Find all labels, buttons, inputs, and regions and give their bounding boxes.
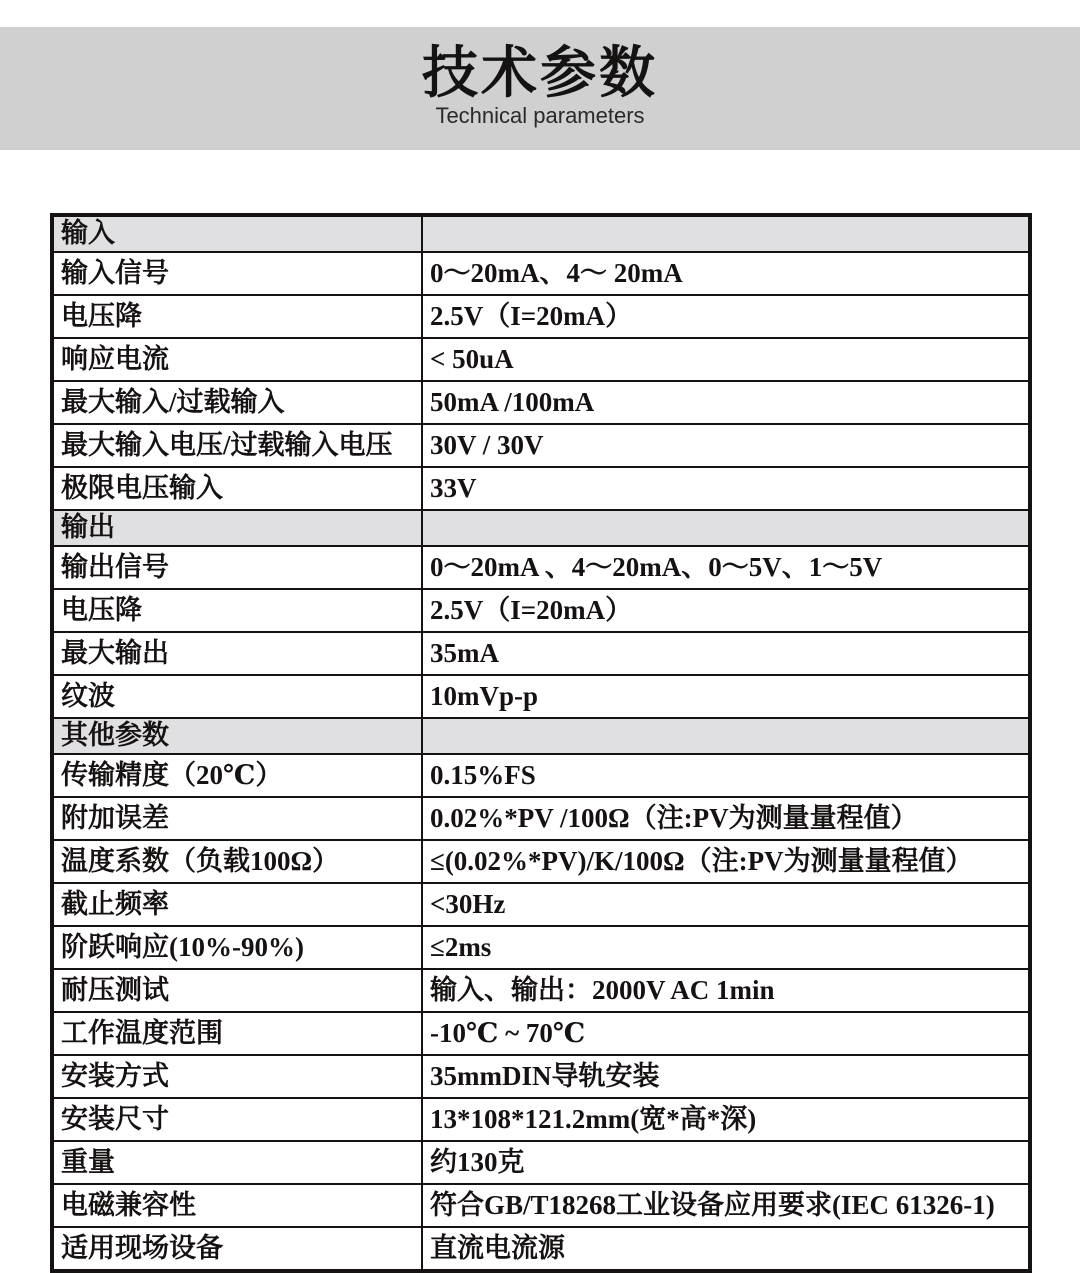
row-label: 安装尺寸	[52, 1098, 422, 1141]
row-value: ≤2ms	[422, 926, 1030, 969]
table-row: 截止频率 <30Hz	[52, 883, 1030, 926]
table-row: 响应电流 < 50uA	[52, 338, 1030, 381]
section-label: 输入	[52, 215, 422, 252]
row-label: 适用现场设备	[52, 1227, 422, 1271]
table-row: 最大输出 35mA	[52, 632, 1030, 675]
row-value: 10mVp-p	[422, 675, 1030, 718]
table-row: 输入信号 0～20mA、4～ 20mA	[52, 252, 1030, 295]
row-label: 温度系数（负载100Ω）	[52, 840, 422, 883]
section-value-empty	[422, 215, 1030, 252]
page-subtitle: Technical parameters	[0, 104, 1080, 128]
row-label: 阶跃响应(10%-90%)	[52, 926, 422, 969]
table-row: 耐压测试 输入、输出：2000V AC 1min	[52, 969, 1030, 1012]
row-value: 0.02%*PV /100Ω（注:PV为测量量程值）	[422, 797, 1030, 840]
row-label: 工作温度范围	[52, 1012, 422, 1055]
section-value-empty	[422, 510, 1030, 546]
table-row: 最大输入/过载输入 50mA /100mA	[52, 381, 1030, 424]
row-label: 最大输出	[52, 632, 422, 675]
row-label: 附加误差	[52, 797, 422, 840]
row-label: 安装方式	[52, 1055, 422, 1098]
table-row: 输出信号 0～20mA 、4～20mA、0～5V、1～5V	[52, 546, 1030, 589]
row-label: 重量	[52, 1141, 422, 1184]
row-value: 30V / 30V	[422, 424, 1030, 467]
row-value: 输入、输出：2000V AC 1min	[422, 969, 1030, 1012]
row-label: 截止频率	[52, 883, 422, 926]
row-label: 电压降	[52, 589, 422, 632]
table-row: 温度系数（负载100Ω） ≤(0.02%*PV)/K/100Ω（注:PV为测量量…	[52, 840, 1030, 883]
table-row: 纹波 10mVp-p	[52, 675, 1030, 718]
table-row: 电压降 2.5V（I=20mA）	[52, 589, 1030, 632]
table-row: 工作温度范围 -10℃ ~ 70℃	[52, 1012, 1030, 1055]
row-label: 输入信号	[52, 252, 422, 295]
table-row: 阶跃响应(10%-90%) ≤2ms	[52, 926, 1030, 969]
row-value: 35mA	[422, 632, 1030, 675]
row-label: 输出信号	[52, 546, 422, 589]
row-value: ≤(0.02%*PV)/K/100Ω（注:PV为测量量程值）	[422, 840, 1030, 883]
section-value-empty	[422, 718, 1030, 754]
section-row: 输入	[52, 215, 1030, 252]
table-row: 安装方式 35mmDIN导轨安装	[52, 1055, 1030, 1098]
row-value: 50mA /100mA	[422, 381, 1030, 424]
table-row: 极限电压输入 33V	[52, 467, 1030, 510]
table-row: 安装尺寸 13*108*121.2mm(宽*高*深)	[52, 1098, 1030, 1141]
row-label: 最大输入电压/过载输入电压	[52, 424, 422, 467]
row-label: 电磁兼容性	[52, 1184, 422, 1227]
section-row: 其他参数	[52, 718, 1030, 754]
technical-parameters-table: 输入 输入信号 0～20mA、4～ 20mA 电压降 2.5V（I=20mA） …	[50, 213, 1032, 1273]
section-label: 其他参数	[52, 718, 422, 754]
row-value: 直流电流源	[422, 1227, 1030, 1271]
row-value: 13*108*121.2mm(宽*高*深)	[422, 1098, 1030, 1141]
row-label: 传输精度（20℃）	[52, 754, 422, 797]
table-row: 电磁兼容性 符合GB/T18268工业设备应用要求(IEC 61326-1)	[52, 1184, 1030, 1227]
table-row: 传输精度（20℃） 0.15%FS	[52, 754, 1030, 797]
row-value: < 50uA	[422, 338, 1030, 381]
row-label: 响应电流	[52, 338, 422, 381]
row-value: 35mmDIN导轨安装	[422, 1055, 1030, 1098]
row-value: -10℃ ~ 70℃	[422, 1012, 1030, 1055]
row-value: 2.5V（I=20mA）	[422, 295, 1030, 338]
row-value: 0～20mA 、4～20mA、0～5V、1～5V	[422, 546, 1030, 589]
section-label: 输出	[52, 510, 422, 546]
row-label: 最大输入/过载输入	[52, 381, 422, 424]
page-title: 技术参数	[0, 43, 1080, 103]
row-value: 0.15%FS	[422, 754, 1030, 797]
row-label: 极限电压输入	[52, 467, 422, 510]
row-value: 符合GB/T18268工业设备应用要求(IEC 61326-1)	[422, 1184, 1030, 1227]
table-row: 最大输入电压/过载输入电压 30V / 30V	[52, 424, 1030, 467]
row-label: 纹波	[52, 675, 422, 718]
title-band: 技术参数 Technical parameters	[0, 27, 1080, 150]
row-label: 耐压测试	[52, 969, 422, 1012]
table-row: 适用现场设备 直流电流源	[52, 1227, 1030, 1271]
table-row: 附加误差 0.02%*PV /100Ω（注:PV为测量量程值）	[52, 797, 1030, 840]
table-row: 电压降 2.5V（I=20mA）	[52, 295, 1030, 338]
row-value: 0～20mA、4～ 20mA	[422, 252, 1030, 295]
table-row: 重量 约130克	[52, 1141, 1030, 1184]
row-value: 约130克	[422, 1141, 1030, 1184]
row-value: 2.5V（I=20mA）	[422, 589, 1030, 632]
row-value: <30Hz	[422, 883, 1030, 926]
section-row: 输出	[52, 510, 1030, 546]
row-label: 电压降	[52, 295, 422, 338]
row-value: 33V	[422, 467, 1030, 510]
